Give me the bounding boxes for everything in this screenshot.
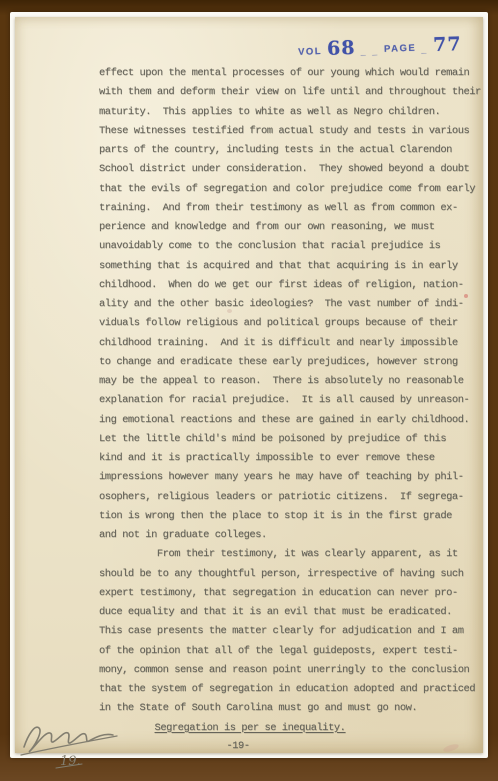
text-line: ing emotional reactions and these are ga… [99, 411, 473, 430]
text-line: viduals follow religious and political g… [99, 314, 473, 333]
text-line: and not in graduate colleges. [99, 526, 473, 545]
typed-lines: effect upon the mental processes of our … [99, 64, 473, 719]
stamp-vol-label: VOL [298, 46, 322, 60]
document-page: VOL 68 _ _ PAGE _ 77 effect upon the men… [15, 17, 483, 753]
text-line: should be to any thoughtful person, irre… [99, 565, 473, 584]
text-line: to change and eradicate these early prej… [99, 353, 473, 372]
stamp-page-dashes: _ [421, 44, 428, 55]
text-line: mony, common sense and reason point uner… [99, 661, 473, 680]
text-line: kind and it is practically impossible to… [99, 449, 473, 468]
stamp-page-label: PAGE [384, 43, 417, 57]
stamp-vol-value: 68 [327, 39, 356, 59]
stamp-vol-dashes: _ _ [360, 46, 379, 58]
text-line: School district under consideration. The… [99, 160, 473, 179]
text-line: effect upon the mental processes of our … [99, 64, 473, 83]
stamp-page-value: 77 [433, 35, 462, 55]
text-line: osophers, religious leaders or patriotic… [99, 488, 473, 507]
text-line: This case presents the matter clearly fo… [99, 622, 473, 641]
text-line: impressions however many years he may ha… [99, 468, 473, 487]
text-line: ality and the other basic ideologies? Th… [99, 295, 473, 314]
text-line: training. And from their testimony as we… [99, 199, 473, 218]
text-line: childhood. When do we get our first idea… [99, 276, 473, 295]
text-line: From their testimony, it was clearly app… [99, 545, 473, 564]
text-line: with them and deform their view on life … [99, 83, 473, 102]
text-line: perience and knowledge and from our own … [99, 218, 473, 237]
text-line: explanation for racial prejudice. It is … [99, 391, 473, 410]
text-line: maturity. This applies to white as well … [99, 103, 473, 122]
vol-page-stamp: VOL 68 _ _ PAGE _ 77 [298, 35, 462, 60]
text-line: parts of the country, including tests in… [99, 141, 473, 160]
signature: 19. [18, 717, 128, 773]
text-line: duce equality and that it is an evil tha… [99, 603, 473, 622]
text-line: of the opinion that all of the legal gui… [99, 642, 473, 661]
text-line: These witnesses testified from actual st… [99, 122, 473, 141]
text-line: tion is wrong then the place to stop it … [99, 507, 473, 526]
text-line: that the system of segregation in educat… [99, 680, 473, 699]
text-line: in the State of South Carolina must go a… [99, 699, 473, 718]
white-mat: VOL 68 _ _ PAGE _ 77 effect upon the men… [10, 12, 488, 758]
text-line: that the evils of segregation and color … [99, 180, 473, 199]
text-line: unavoidably come to the conclusion that … [99, 237, 473, 256]
text-line: something that is acquired and that that… [99, 257, 473, 276]
text-line: may be the appeal to reason. There is ab… [99, 372, 473, 391]
typed-text-column: effect upon the mental processes of our … [99, 64, 473, 754]
photo-frame: VOL 68 _ _ PAGE _ 77 effect upon the men… [0, 0, 498, 781]
text-line: Let the little child's mind be poisoned … [99, 430, 473, 449]
text-line: expert testimony, that segregation in ed… [99, 584, 473, 603]
text-line: childhood training. And it is difficult … [99, 334, 473, 353]
